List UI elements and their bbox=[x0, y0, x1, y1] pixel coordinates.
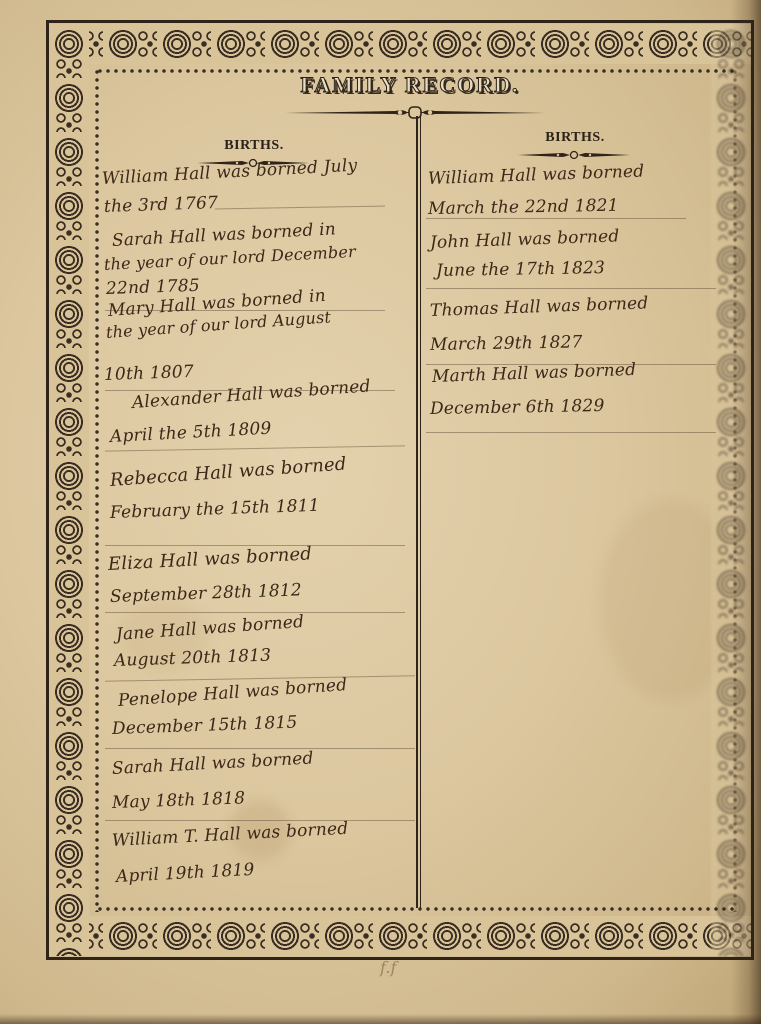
births-heading-left: BIRTHS. bbox=[184, 138, 324, 154]
page-title: FAMILY RECORD. bbox=[230, 72, 590, 98]
birth-entry-line: August 20th 1813 bbox=[114, 643, 272, 674]
inner-dot-rule-left bbox=[94, 68, 100, 912]
ruled-line bbox=[426, 218, 686, 219]
birth-entry-line: May 18th 1818 bbox=[112, 785, 246, 816]
page-edge-shadow bbox=[0, 1014, 761, 1024]
birth-entry-line: December 6th 1829 bbox=[430, 393, 605, 422]
ruled-line bbox=[426, 288, 716, 289]
inner-dot-rule-right bbox=[732, 68, 738, 912]
birth-entry-line: June the 17th 1823 bbox=[436, 255, 606, 284]
birth-entry-line: March 29th 1827 bbox=[430, 329, 583, 358]
births-heading-right: BIRTHS. bbox=[505, 130, 645, 146]
birth-entry-line: the 3rd 1767 bbox=[104, 190, 219, 220]
pencil-mark: f.f bbox=[380, 958, 396, 977]
ruled-line bbox=[426, 432, 716, 433]
birth-entry-line: 10th 1807 bbox=[104, 359, 195, 388]
column-divider bbox=[414, 116, 424, 908]
